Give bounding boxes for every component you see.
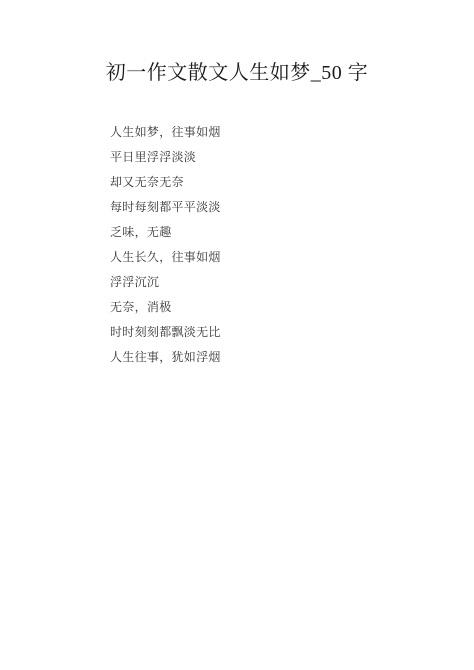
document-page: 初一作文散文人生如梦_50 字 人生如梦，往事如烟平日里浮浮淡淡却又无奈无奈每时… — [0, 0, 474, 670]
poem-line: 每时每刻都平平淡淡 — [110, 195, 414, 220]
poem-line: 乏味，无趣 — [110, 220, 414, 245]
poem-line: 人生长久，往事如烟 — [110, 245, 414, 270]
poem-line: 平日里浮浮淡淡 — [110, 145, 414, 170]
poem-line: 浮浮沉沉 — [110, 270, 414, 295]
poem-line: 人生往事，犹如浮烟 — [110, 345, 414, 370]
poem-line: 时时刻刻都飘淡无比 — [110, 320, 414, 345]
poem-body: 人生如梦，往事如烟平日里浮浮淡淡却又无奈无奈每时每刻都平平淡淡乏味，无趣人生长久… — [110, 120, 414, 370]
poem-line: 无奈，消极 — [110, 295, 414, 320]
page-title: 初一作文散文人生如梦_50 字 — [0, 56, 474, 85]
poem-line: 人生如梦，往事如烟 — [110, 120, 414, 145]
poem-line: 却又无奈无奈 — [110, 170, 414, 195]
